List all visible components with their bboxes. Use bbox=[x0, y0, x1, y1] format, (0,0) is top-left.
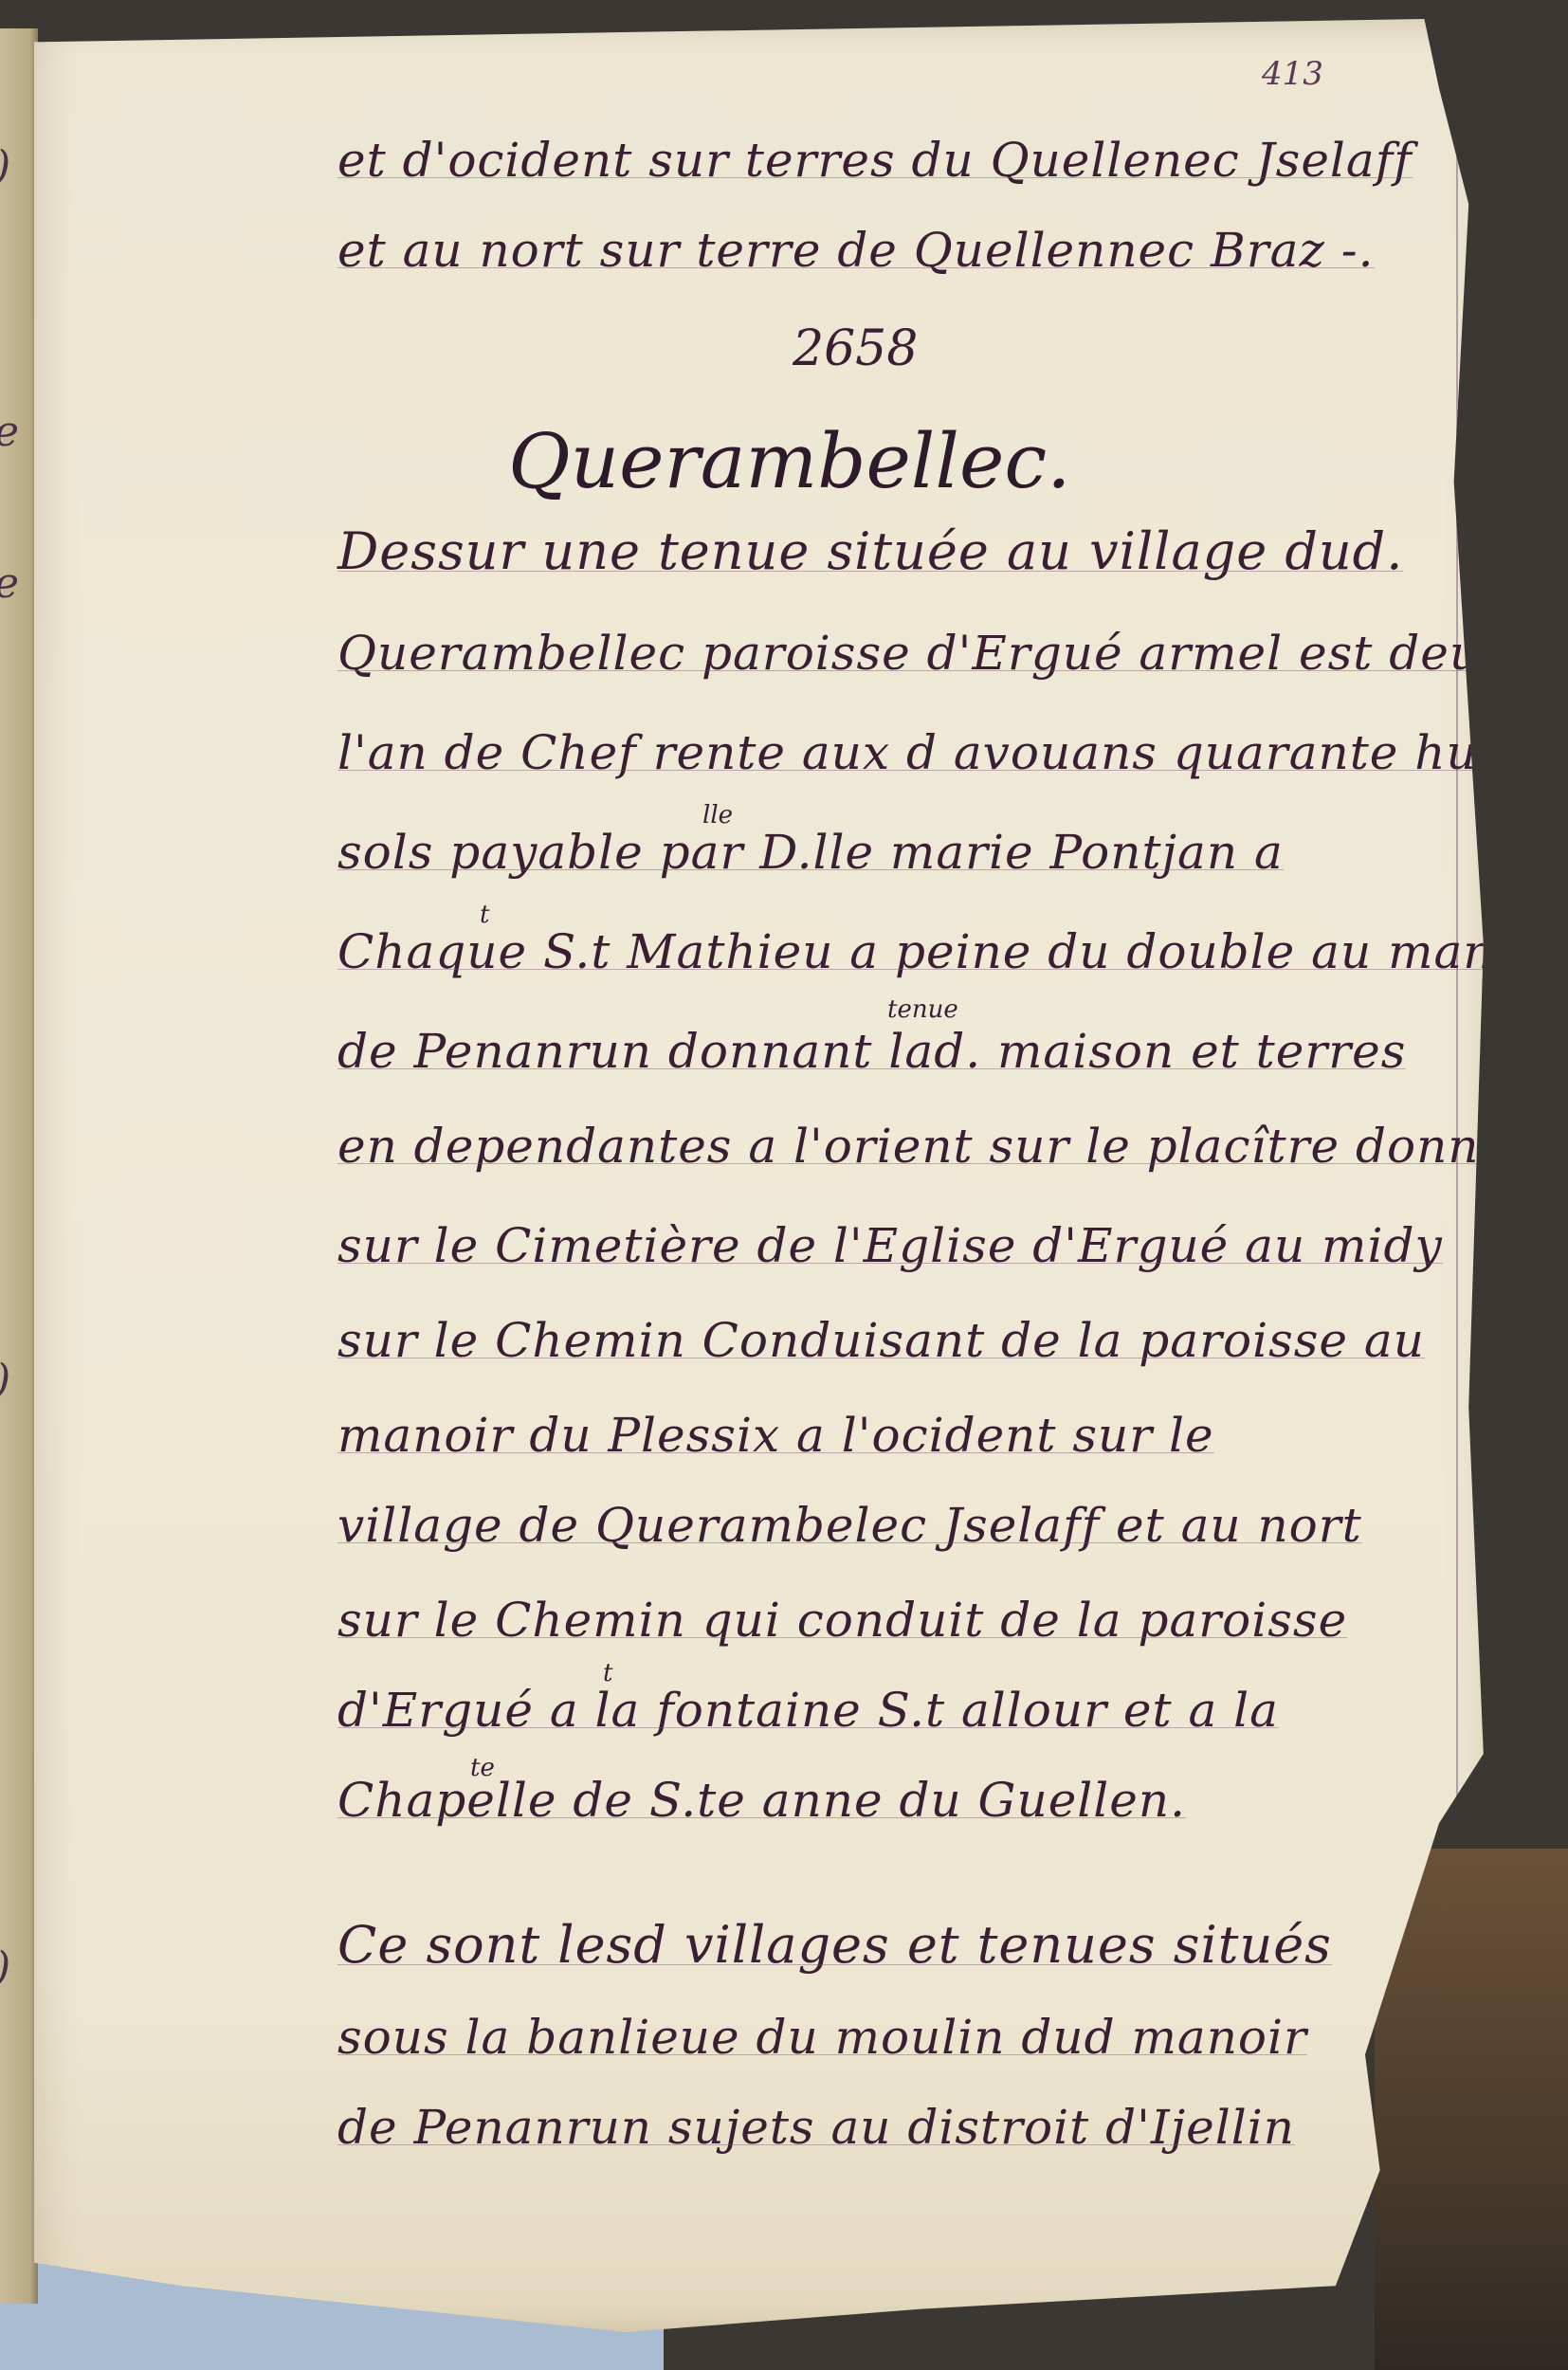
paragraph-1-line-13: d'Ergué a la fontaine S.t allour et a la bbox=[337, 1683, 1279, 1738]
paragraph-2-line-2: sous la banlieue du moulin dud manoir bbox=[337, 2010, 1307, 2065]
entry-number: 2658 bbox=[793, 320, 918, 377]
paragraph-1-line-6: de Penanrun donnant lad. maison et terre… bbox=[337, 1024, 1406, 1079]
paragraph-1-line-7: en dependantes a l'orient sur le placîtr… bbox=[337, 1119, 1560, 1174]
paragraph-1-line-3: l'an de Chef rente aux d avouans quarant… bbox=[337, 725, 1514, 780]
paragraph-1-line-14: Chapelle de S.te anne du Guellen. bbox=[337, 1773, 1186, 1828]
paragraph-2-line-3: de Penanrun sujets au distroit d'Ijellin bbox=[337, 2100, 1295, 2155]
paragraph-1-line-2: Querambellec paroisse d'Ergué armel est … bbox=[337, 626, 1481, 681]
paragraph-1-line-8: sur le Cimetière de l'Eglise d'Ergué au … bbox=[337, 1218, 1443, 1273]
interlinear-note: te bbox=[470, 1754, 495, 1782]
continuation-line-1: et d'ocident sur terres du Quellenec Jse… bbox=[337, 133, 1413, 188]
paragraph-1-line-5: Chaque S.t Mathieu a peine du double au … bbox=[337, 924, 1564, 979]
facing-page-glyph: ) bbox=[0, 1356, 10, 1404]
entry-heading: Querambellec. bbox=[508, 417, 1071, 505]
facing-page-glyph: ) bbox=[0, 142, 10, 191]
paragraph-1-line-9: sur le Chemin Conduisant de la paroisse … bbox=[337, 1313, 1425, 1368]
facing-page-fragment: ) e e ) ) bbox=[0, 28, 38, 2304]
interlinear-note: lle bbox=[702, 801, 733, 829]
interlinear-note: t bbox=[480, 901, 489, 929]
interlinear-note: t bbox=[603, 1659, 612, 1687]
facing-page-glyph: ) bbox=[0, 1943, 10, 1992]
paragraph-2-line-1: Ce sont lesd villages et tenues situés bbox=[337, 1915, 1332, 1975]
paragraph-1-line-1: Dessur une tenue située au village dud. bbox=[337, 521, 1403, 581]
paragraph-1-line-11: village de Querambelec Jselaff et au nor… bbox=[337, 1498, 1362, 1553]
paragraph-1-line-10: manoir du Plessix a l'ocident sur le bbox=[337, 1408, 1214, 1463]
interlinear-note: tenue bbox=[887, 995, 958, 1024]
facing-page-glyph: e bbox=[0, 408, 19, 456]
paragraph-1-line-12: sur le Chemin qui conduit de la paroisse bbox=[337, 1593, 1347, 1648]
paragraph-1-line-4: sols payable par D.lle marie Pontjan a bbox=[337, 825, 1284, 880]
facing-page-glyph: e bbox=[0, 559, 19, 608]
page-number: 413 bbox=[1262, 55, 1323, 93]
continuation-line-2: et au nort sur terre de Quellennec Braz … bbox=[337, 223, 1375, 278]
manuscript-page: 413 et d'ocident sur terres du Quellenec… bbox=[34, 19, 1513, 2332]
